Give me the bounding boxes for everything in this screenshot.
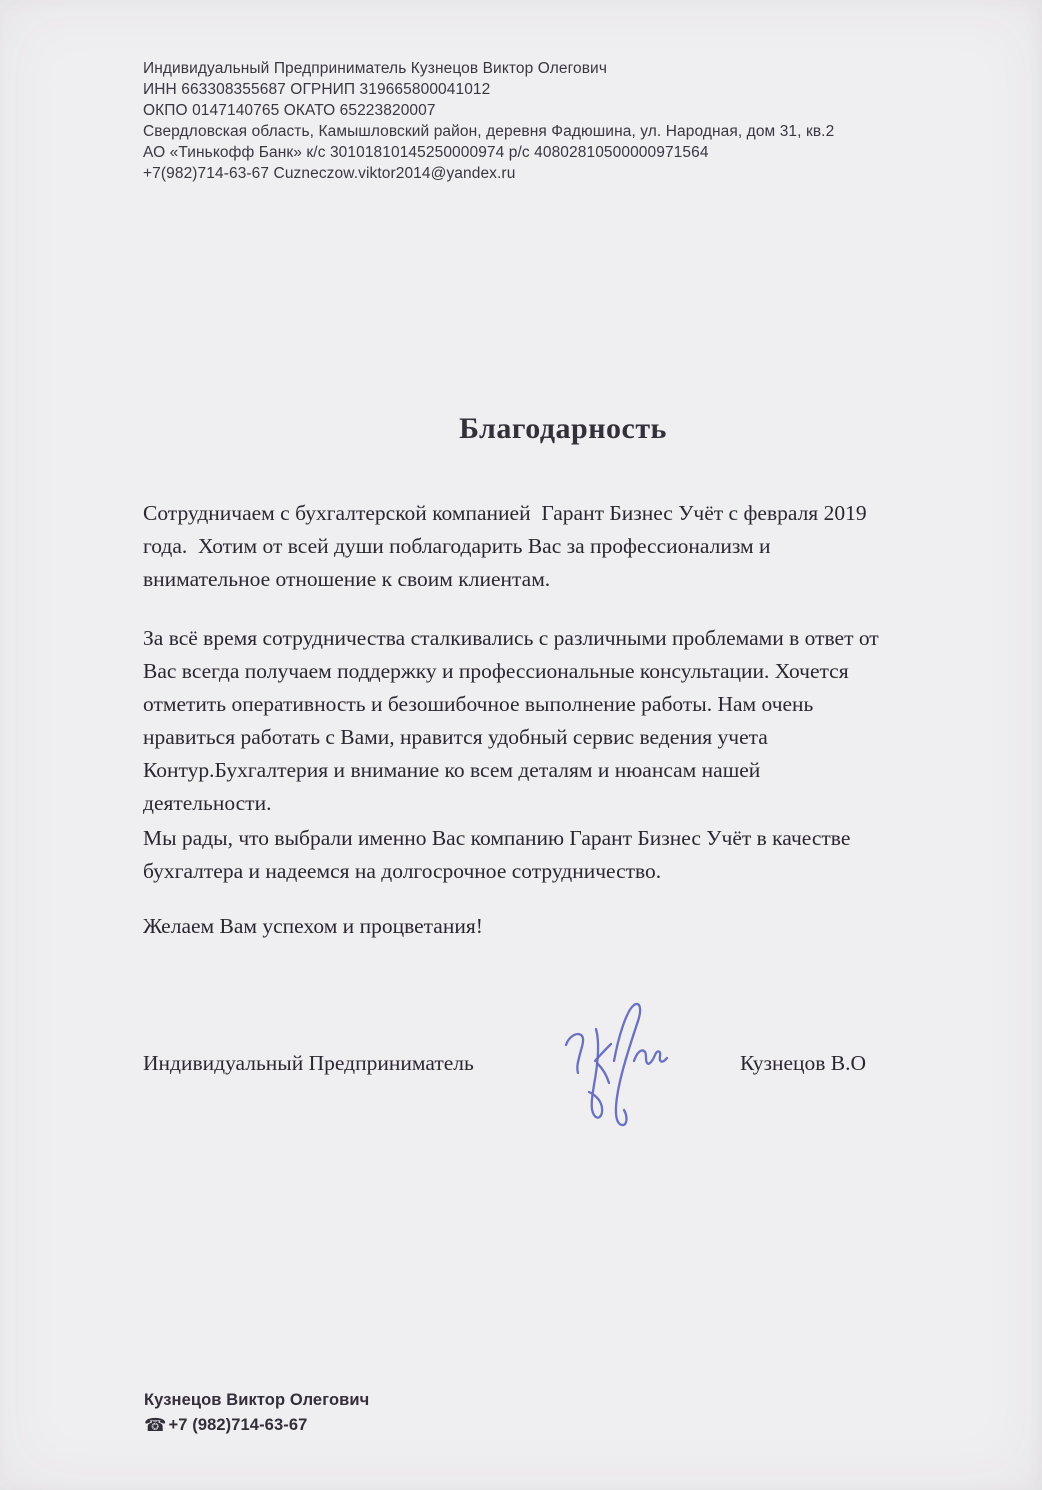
text-line: Контур.Бухгалтерия и внимание ко всем де… [143, 754, 1015, 787]
text-line: Желаем Вам успехом и процветания! [143, 910, 1015, 943]
paragraph-1: Сотрудничаем с бухгалтерской компанией Г… [143, 497, 1015, 596]
text-line: +7(982)714-63-67 Cuzneczow.viktor2014@ya… [143, 163, 1003, 184]
paragraph-3: Мы рады, что выбрали именно Вас компанию… [143, 822, 1015, 888]
paragraph-2: За всё время сотрудничества сталкивались… [143, 622, 1015, 820]
footer-phone-row: ☎ +7 (982)714-63-67 [144, 1413, 369, 1438]
footer-contact: Кузнецов Виктор Олегович ☎ +7 (982)714-6… [144, 1388, 369, 1438]
signatory-name: Кузнецов В.О [740, 1051, 866, 1076]
text-line: бухгалтера и надеемся на долгосрочное со… [143, 855, 1015, 888]
text-line: Сотрудничаем с бухгалтерской компанией Г… [143, 497, 1015, 530]
text-line: деятельности. [143, 787, 1015, 820]
text-line: нравиться работать с Вами, нравится удоб… [143, 721, 1015, 754]
handwritten-signature [556, 997, 676, 1132]
scanned-letter-page: Индивидуальный Предприниматель Кузнецов … [0, 0, 1042, 1490]
text-line: АО «Тинькофф Банк» к/с 30101810145250000… [143, 142, 1003, 163]
text-line: отметить оперативность и безошибочное вы… [143, 688, 1015, 721]
letterhead: Индивидуальный Предприниматель Кузнецов … [143, 58, 1003, 184]
text-line: ИНН 663308355687 ОГРНИП 319665800041012 [143, 79, 1003, 100]
text-line: Свердловская область, Камышловский район… [143, 121, 1003, 142]
footer-name: Кузнецов Виктор Олегович [144, 1388, 369, 1413]
signature-label: Индивидуальный Предприниматель [143, 1051, 474, 1076]
phone-icon: ☎ [144, 1413, 167, 1438]
letter-title: Благодарность [133, 412, 993, 446]
text-line: Вас всегда получаем поддержку и професси… [143, 655, 1015, 688]
text-line: За всё время сотрудничества сталкивались… [143, 622, 1015, 655]
footer-phone: +7 (982)714-63-67 [169, 1413, 308, 1438]
text-line: Индивидуальный Предприниматель Кузнецов … [143, 58, 1003, 79]
paragraph-4: Желаем Вам успехом и процветания! [143, 910, 1015, 943]
text-line: Мы рады, что выбрали именно Вас компанию… [143, 822, 1015, 855]
text-line: внимательное отношение к своим клиентам. [143, 563, 1015, 596]
text-line: ОКПО 0147140765 ОКАТО 65223820007 [143, 100, 1003, 121]
text-line: года. Хотим от всей души поблагодарить В… [143, 530, 1015, 563]
